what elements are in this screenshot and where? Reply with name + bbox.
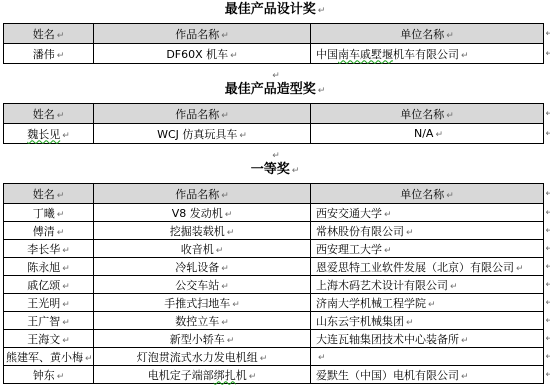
cell-org: 济南大学机械工程学院↵↵ [311,294,544,312]
cell-name: 陈永旭↵ [4,258,94,276]
table-body: 魏长见↵WCJ 仿真玩具车↵N/A↵↵ [4,124,544,144]
paragraph-mark-icon: ↵ [249,372,257,382]
cell-work: 手推式扫地车↵ [94,294,311,312]
header-text: 单位名称 [400,108,444,121]
cell-text: 数控立车 [175,315,219,328]
cell-org: N/A↵↵ [311,124,544,144]
cell-text: 丁曦 [33,207,55,220]
table-body: 丁曦↵V8 发动机↵西安交通大学↵↵傅清↵挖掘装载机↵常林股份有限公司↵↵李长华… [4,204,544,384]
cell-text: V8 发动机 [172,207,223,220]
paragraph-mark-icon: ↵ [545,280,550,290]
table-row: 潘伟↵DF60X 机车↵中国南车戚墅堰机车有限公司↵↵ [4,44,544,64]
col-header-work: 作品名称↵ [94,104,311,124]
paragraph-mark-icon: ↵ [57,191,65,201]
paragraph-mark-icon: ↵ [545,316,550,326]
paragraph-mark-icon: ↵ [545,298,550,308]
cell-text: 中国 [316,48,338,61]
header-text: 作品名称 [175,188,219,201]
paragraph-mark-icon: ↵ [221,318,229,328]
cell-name: 王海文↵ [4,330,94,348]
paragraph-mark-icon: ↵ [62,300,70,310]
cell-name: 魏长见↵ [4,124,94,144]
awards-table: 姓名↵作品名称↵单位名称↵↵潘伟↵DF60X 机车↵中国南车戚墅堰机车有限公司↵… [3,23,544,64]
cell-text: 西安理工大学 [316,243,382,256]
paragraph-mark-icon: ↵ [62,336,70,346]
cell-text: 机 [236,369,247,382]
col-header-name: 姓名↵ [4,184,94,204]
cell-text: 手推式扫地车 [164,297,230,310]
col-header-org: 单位名称↵↵ [311,24,544,44]
paragraph-mark-icon: ↵ [545,129,550,139]
paragraph-mark-icon: ↵ [435,130,443,140]
cell-org: 大连瓦轴集团技术中心装备所↵↵ [311,330,544,348]
paragraph-mark-icon: ↵ [446,191,454,201]
table-row: 王光明↵手推式扫地车↵济南大学机械工程学院↵↵ [4,294,544,312]
paragraph-mark-icon: ↵ [461,336,469,346]
paragraph-mark-icon: ↵ [545,109,550,119]
cell-text: 电机定子端部 [148,369,214,382]
cell-name: 戚亿颂↵ [4,276,94,294]
paragraph-mark-icon: ↵ [62,264,70,274]
cell-text: 钟东 [33,369,55,382]
blank-paragraph: ↵ [0,64,550,81]
paragraph-mark-icon: ↵ [225,210,233,220]
cell-work: DF60X 机车↵ [94,44,311,64]
cell-work: 电机定子端部绑扎机↵ [94,366,311,384]
paragraph-mark-icon: ↵ [446,111,454,121]
col-header-name: 姓名↵ [4,24,94,44]
table-row: 钟东↵电机定子端部绑扎机↵爱默生（中国）电机有限公司↵↵ [4,366,544,384]
table-row: 王广智↵数控立车↵山东云宇机械集团↵↵ [4,312,544,330]
cell-org: 西安理工大学↵↵ [311,240,544,258]
table-header-row: 姓名↵作品名称↵单位名称↵↵ [4,184,544,204]
cell-text: 恩爱思特工业软件发展（北京）有限公司 [316,261,514,274]
paragraph-mark-icon: ↵ [446,31,454,41]
table-row: 傅清↵挖掘装载机↵常林股份有限公司↵↵ [4,222,544,240]
paragraph-mark-icon: ↵ [545,49,550,59]
paragraph-mark-icon: ↵ [545,226,550,236]
table-head: 姓名↵作品名称↵单位名称↵↵ [4,104,544,124]
header-text: 单位名称 [400,188,444,201]
paragraph-mark-icon: ↵ [450,282,458,292]
paragraph-mark-icon: ↵ [292,163,300,179]
cell-work: V8 发动机↵ [94,204,311,222]
cell-text: 冷轧设备 [175,261,219,274]
cell-name: 傅清↵ [4,222,94,240]
cell-work: 挖掘装载机↵ [94,222,311,240]
cell-work: 公交车站↵ [94,276,311,294]
section-title: 一等奖↵ [0,161,550,180]
paragraph-mark-icon: ↵ [545,29,550,39]
cell-text: 陈永旭 [27,261,60,274]
table-row: 李长华↵收音机↵西安理工大学↵↵ [4,240,544,258]
cell-text: 机车有限公司 [393,48,459,61]
cell-work: 收音机↵ [94,240,311,258]
cell-text: DF60X 机车 [166,48,228,61]
cell-text: 傅清 [33,225,55,238]
cell-work: 数控立车↵ [94,312,311,330]
cell-name: 丁曦↵ [4,204,94,222]
paragraph-mark-icon: ↵ [57,111,65,121]
table-header-row: 姓名↵作品名称↵单位名称↵↵ [4,104,544,124]
paragraph-mark-icon: ↵ [221,31,229,41]
paragraph-mark-icon: ↵ [221,191,229,201]
table-head: 姓名↵作品名称↵单位名称↵↵ [4,184,544,204]
paragraph-mark-icon: ↵ [318,83,326,99]
paragraph-mark-icon: ↵ [318,3,326,19]
cell-org: 中国南车戚墅堰机车有限公司↵↵ [311,44,544,64]
cell-text: WCJ 仿真玩具车 [157,128,237,141]
table-row: 丁曦↵V8 发动机↵西安交通大学↵↵ [4,204,544,222]
section-title-text: 最佳产品造型奖 [225,82,316,97]
section-title-text: 一等奖 [251,162,290,177]
cell-text: 大连瓦轴集团技术中心装备所 [316,333,459,346]
paragraph-mark-icon: ↵ [230,51,238,61]
cell-text: 李长华 [27,243,60,256]
header-text: 姓名 [33,188,55,201]
cell-org: ↵↵ [311,348,544,366]
table-head: 姓名↵作品名称↵单位名称↵↵ [4,24,544,44]
paragraph-mark-icon: ↵ [221,111,229,121]
cell-name: 李长华↵ [4,240,94,258]
header-text: 作品名称 [175,28,219,41]
paragraph-mark-icon: ↵ [227,336,235,346]
paragraph-mark-icon: ↵ [57,228,65,238]
cell-name: 王广智↵ [4,312,94,330]
cell-name: 王光明↵ [4,294,94,312]
paragraph-mark-icon: ↵ [85,354,93,364]
section-title-text: 最佳产品设计奖 [225,2,316,17]
cell-text: 西安交通大学 [316,207,382,220]
paragraph-mark-icon: ↵ [428,300,436,310]
paragraph-mark-icon: ↵ [62,282,70,292]
cell-text: 挖掘装载机 [170,225,225,238]
paragraph-mark-icon: ↵ [62,318,70,328]
cell-text: 常林股份有限公司 [316,225,404,238]
table-row: 陈永旭↵冷轧设备↵恩爱思特工业软件发展（北京）有限公司↵↵ [4,258,544,276]
cell-name: 钟东↵ [4,366,94,384]
cell-text: 魏长见 [27,128,60,141]
header-text: 作品名称 [175,108,219,121]
cell-work: 新型小轿车↵ [94,330,311,348]
cell-work: 冷轧设备↵ [94,258,311,276]
paragraph-mark-icon: ↵ [406,318,414,328]
cell-work: 灯泡贯流式水力发电机组↵ [94,348,311,366]
paragraph-mark-icon: ↵ [62,131,70,141]
cell-text: 山东云宇机械集团 [316,315,404,328]
table-row: 魏长见↵WCJ 仿真玩具车↵N/A↵↵ [4,124,544,144]
cell-text: 潘伟 [33,48,55,61]
awards-table: 姓名↵作品名称↵单位名称↵↵丁曦↵V8 发动机↵西安交通大学↵↵傅清↵挖掘装载机… [3,183,544,384]
cell-name: 熊建军、黄小梅↵ [4,348,94,366]
paragraph-mark-icon: ↵ [232,300,240,310]
awards-table: 姓名↵作品名称↵单位名称↵↵魏长见↵WCJ 仿真玩具车↵N/A↵↵ [3,103,544,144]
col-header-org: 单位名称↵↵ [311,104,544,124]
table-header-row: 姓名↵作品名称↵单位名称↵↵ [4,24,544,44]
col-header-name: 姓名↵ [4,104,94,124]
paragraph-mark-icon: ↵ [545,352,550,362]
table-body: 潘伟↵DF60X 机车↵中国南车戚墅堰机车有限公司↵↵ [4,44,544,64]
cell-text: N/A [414,127,433,140]
cell-org: 恩爱思特工业软件发展（北京）有限公司↵↵ [311,258,544,276]
cell-text: 灯泡贯流式水力发电机组 [137,351,258,364]
header-text: 单位名称 [400,28,444,41]
paragraph-mark-icon: ↵ [545,208,550,218]
cell-text: 济南大学机械工程学院 [316,297,426,310]
paragraph-mark-icon: ↵ [516,264,524,274]
section-title: 最佳产品设计奖↵ [0,1,550,20]
col-header-work: 作品名称↵ [94,184,311,204]
cell-org: 上海木码艺术设计有限公司↵↵ [311,276,544,294]
header-text: 姓名 [33,28,55,41]
cell-text: 戚亿颂 [27,279,60,292]
cell-org: 常林股份有限公司↵↵ [311,222,544,240]
cell-text: 收音机 [181,243,214,256]
cell-text: 绑扎 [214,369,236,382]
paragraph-mark-icon: ↵ [406,228,414,238]
paragraph-mark-icon: ↵ [57,372,65,382]
paragraph-mark-icon: ↵ [260,354,268,364]
paragraph-mark-icon: ↵ [384,246,392,256]
cell-text: 新型小轿车 [170,333,225,346]
section-title: 最佳产品造型奖↵ [0,81,550,100]
cell-text: 南车戚墅堰 [338,48,393,61]
paragraph-mark-icon: ↵ [216,246,224,256]
paragraph-mark-icon: ↵ [545,189,550,199]
cell-org: 山东云宇机械集团↵↵ [311,312,544,330]
cell-org: 西安交通大学↵↵ [311,204,544,222]
paragraph-mark-icon: ↵ [545,334,550,344]
award-sections: 最佳产品设计奖↵姓名↵作品名称↵单位名称↵↵潘伟↵DF60X 机车↵中国南车戚墅… [0,1,550,384]
paragraph-mark-icon: ↵ [545,244,550,254]
paragraph-mark-icon: ↵ [545,370,550,380]
cell-text: 王海文 [27,333,60,346]
cell-text: 王广智 [27,315,60,328]
cell-work: WCJ 仿真玩具车↵ [94,124,311,144]
col-header-work: 作品名称↵ [94,24,311,44]
table-row: 戚亿颂↵公交车站↵上海木码艺术设计有限公司↵↵ [4,276,544,294]
cell-text: 爱默生（中国）电机有限公司 [316,369,459,382]
col-header-org: 单位名称↵↵ [311,184,544,204]
cell-text: 公交车站 [175,279,219,292]
paragraph-mark-icon: ↵ [461,372,469,382]
paragraph-mark-icon: ↵ [384,210,392,220]
paragraph-mark-icon: ↵ [57,210,65,220]
paragraph-mark-icon: ↵ [461,51,469,61]
blank-paragraph: ↵ [0,144,550,161]
paragraph-mark-icon: ↵ [62,246,70,256]
cell-name: 潘伟↵ [4,44,94,64]
table-row: 熊建军、黄小梅↵灯泡贯流式水力发电机组↵↵↵ [4,348,544,366]
cell-text: 上海木码艺术设计有限公司 [316,279,448,292]
table-row: 王海文↵新型小轿车↵大连瓦轴集团技术中心装备所↵↵ [4,330,544,348]
document-page: 最佳产品设计奖↵姓名↵作品名称↵单位名称↵↵潘伟↵DF60X 机车↵中国南车戚墅… [0,0,550,384]
paragraph-mark-icon: ↵ [545,262,550,272]
paragraph-mark-icon: ↵ [57,31,65,41]
header-text: 姓名 [33,108,55,121]
cell-text: 熊建军、黄小梅 [6,351,83,364]
paragraph-mark-icon: ↵ [239,131,247,141]
paragraph-mark-icon: ↵ [318,353,326,363]
cell-org: 爱默生（中国）电机有限公司↵↵ [311,366,544,384]
paragraph-mark-icon: ↵ [227,228,235,238]
paragraph-mark-icon: ↵ [57,51,65,61]
paragraph-mark-icon: ↵ [221,282,229,292]
paragraph-mark-icon: ↵ [221,264,229,274]
cell-text: 王光明 [27,297,60,310]
